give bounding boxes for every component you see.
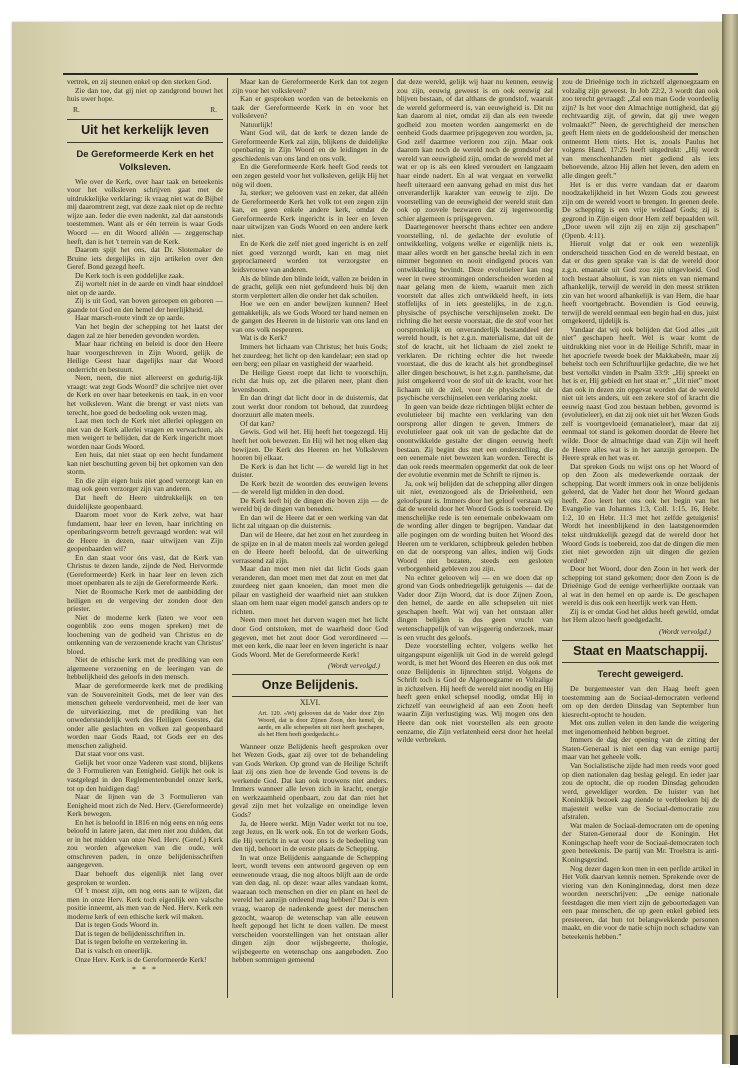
divider [232,674,388,675]
divider [67,142,223,143]
paragraph: Gelijk het voor onze Vaderen vast stond,… [67,759,223,793]
paragraph: De Kerk bezit de woorden des eeuwigen le… [232,480,388,497]
staat-body: De burgemeester van den Haag heeft geen … [562,685,719,941]
paragraph: Neen, neen, die niet allereerst en gedur… [67,374,223,417]
column-4: zou de Drieënige toch in zichzelf algeno… [558,78,723,998]
paragraph: De Kerk leeft bij de dingen die boven zi… [232,497,388,514]
column-1: vertrek, en zij steunen enkel op den ste… [63,78,228,998]
paragraph: Wanneer onze Belijdenis heeft gesproken … [232,743,388,820]
paragraph: Neen men moet het durven wagen met het l… [232,616,388,659]
installment-numeral: XLVI. [232,699,388,708]
header-rule [63,73,698,75]
asterism: * * * [67,966,223,975]
belijdenis-body: Wanneer onze Belijdenis heeft gesproken … [232,743,388,965]
paragraph: En dan staat voor óns vast, dat de Kerk … [67,554,223,588]
paragraph: En het is beloofd in 1816 en nóg eens en… [67,819,223,870]
paragraph: Een huis, dat niet staat op een hecht fu… [67,451,223,477]
article-title-terecht-geweigerd: Terecht geweigerd. [562,665,719,685]
paragraph: Of 't moest zijn, om nog eens aan te wij… [67,887,223,921]
paragraph: Nog dezer dagen kon men in een perfide a… [562,865,719,942]
divider [562,662,719,663]
paragraph: Maar dan moet men niet dat licht Gods ga… [232,565,388,616]
paragraph: Daarom moet voor de Kerk zelve, wat haar… [67,511,223,554]
article-body: Wie over de Kerk, over haar taak en bete… [67,178,223,964]
paragraph: In wat onze Belijdenis aangaande de Sche… [232,854,388,965]
paragraph: De Kerk is dan het licht — de wereld lig… [232,463,388,480]
paragraph: De burgemeester van den Haag heeft geen … [562,685,719,719]
paragraph: Want God wil, dat de kerk te dezen lande… [232,129,388,163]
paragraph: dat deze wereld, gelijk wij haar nu kenn… [397,78,553,223]
divider [67,119,223,120]
divider [232,696,388,697]
paragraph: Dat heeft de Heere uitdrukkelijk en ten … [67,494,223,511]
paragraph: Maar haar richting en beleid is door den… [67,340,223,374]
previous-article-ending: vertrek, en zij steunen enkel op den ste… [67,78,223,104]
paragraph: Onze Herv. Kerk is de Gereformeerde Kerk… [67,956,223,965]
paragraph: Ja, sterker; we gelooven vast en zeker, … [232,189,388,240]
paragraph: En dan dringt dat licht door in de duist… [232,394,388,420]
column-grid: vertrek, en zij steunen enkel op den ste… [63,78,698,998]
paragraph: Daarom spijt het ons, dat Dr. Slotemaker… [67,246,223,272]
column-3: dat deze wereld, gelijk wij haar nu kenn… [393,78,558,998]
paragraph: Niet de Roomsche Kerk met de aanbidding … [67,588,223,614]
paragraph: Dat spreken Gods nu wijst ons op het Woo… [562,463,719,566]
divider [562,640,719,641]
paragraph: Vandaar dat wij ook belijden dat God all… [562,326,719,463]
article-body-continued: Maar kan de Gereformeerde Kerk dan tot z… [232,78,388,659]
paragraph: Zij is er omdat God het aldus heeft gewi… [562,608,719,625]
paragraph: Nu echter gelooven wij — en we doen dat … [397,574,553,642]
paragraph: Maar de gereformeerde kerk met de predik… [67,682,223,750]
paragraph: Zij wortelt niet in de aarde en vindt ha… [67,280,223,297]
paragraph: Deze voorstelling echter, volgens welke … [397,642,553,745]
to-be-continued: (Wordt vervolgd.) [562,628,719,637]
paragraph: De Heilige Geest roept dat licht te voor… [232,369,388,395]
paragraph: Zie dan toe, dat gij niet op zandgrond b… [67,87,223,104]
paragraph: Daar behoeft dus eigenlijk niet lang ove… [67,870,223,887]
paragraph: Wat malen de Sociaal-democraten om de op… [562,822,719,865]
column-2: Maar kan de Gereformeerde Kerk dan tot z… [228,78,393,998]
paragraph: Laat men toch de Kerk niet allerlei ople… [67,417,223,451]
paragraph: Gewis. God wil het. Hij heeft het toegez… [232,428,388,462]
paragraph: Het is er dus verre vandaan dat er daaro… [562,181,719,241]
signature-line: R. R. [67,104,223,118]
paragraph: Met ons zullen velen in den lande die we… [562,719,719,736]
paragraph: Zij is uit God, van boven geroepen en ge… [67,297,223,314]
paragraph: Van Socialistische zijde had men reeds v… [562,762,719,822]
paragraph: Immers het lichaam van Christus; het hui… [232,343,388,369]
paragraph: zou de Drieënige toch in zichzelf algeno… [562,78,719,181]
to-be-continued: (Wordt vervolgd.) [232,662,388,671]
paragraph: Ja, de Heere werkt. Mijn Vader werkt tot… [232,820,388,854]
paragraph: Naar de lijnen van de 3 Formulieren van … [67,793,223,819]
section-title-onze-belijdenis: Onze Belijdenis. [232,677,388,695]
paragraph: In geen van beide deze richtingen blijkt… [397,403,553,480]
paragraph: Daartegenover heerscht thans echter een … [397,223,553,402]
section-title-kerkelijk-leven: Uit het kerkelijk leven [67,122,223,140]
article-title-gereformeerde-kerk: De Gereformeerde Kerk en het Volksleven. [67,145,223,178]
paragraph: En de Kerk die zelf niet goed ingericht … [232,240,388,274]
paragraph: Wie over de Kerk, over haar taak en bete… [67,178,223,246]
paragraph: Immers de dag der opening van de zitting… [562,736,719,762]
paragraph: Maar kan de Gereformeerde Kerk dan tot z… [232,78,388,95]
paragraph: Kan er gesproken worden van de beteekeni… [232,95,388,121]
paragraph: En dan wil de Heere dat er een werking v… [232,514,388,531]
signature-left: R. [73,106,80,115]
signature-right: R. [210,106,217,115]
binding-shadow [730,1035,738,1065]
paragraph: Van het begin der schepping tot het laat… [67,323,223,340]
paragraph: Dan wil de Heere, dat het zout en het zu… [232,531,388,565]
paragraph: Ja, ook wij belijden dat de schepping al… [397,480,553,574]
section-title-staat-maatschappij: Staat en Maatschappij. [562,643,719,661]
paragraph: Door het Woord, door den Zoon in het wer… [562,565,719,608]
paragraph: Als de blinde den blinde leidt, vallen z… [232,275,388,301]
paragraph: Niet de ethische kerk met de prediking v… [67,656,223,682]
paragraph: En die Gereformeerde Kerk heeft God reed… [232,163,388,189]
book-binding-edge [722,14,738,1064]
paragraph: Niet de moderne kerk (laten we voor een … [67,614,223,657]
paragraph: En die zijn eigen huis niet goed verzorg… [67,477,223,494]
belijdenis-body-end: zou de Drieënige toch in zichzelf algeno… [562,78,719,625]
paragraph: Hieruit volgt dat er ook een wezenlijk o… [562,240,719,325]
belijdenis-body-continued: dat deze wereld, gelijk wij haar nu kenn… [397,78,553,745]
article-quote: Art. 120. «Wij gelooven dat de Vader doo… [258,710,384,739]
paragraph: Hoe we een en ander bewijzen kunnen? Hee… [232,300,388,334]
